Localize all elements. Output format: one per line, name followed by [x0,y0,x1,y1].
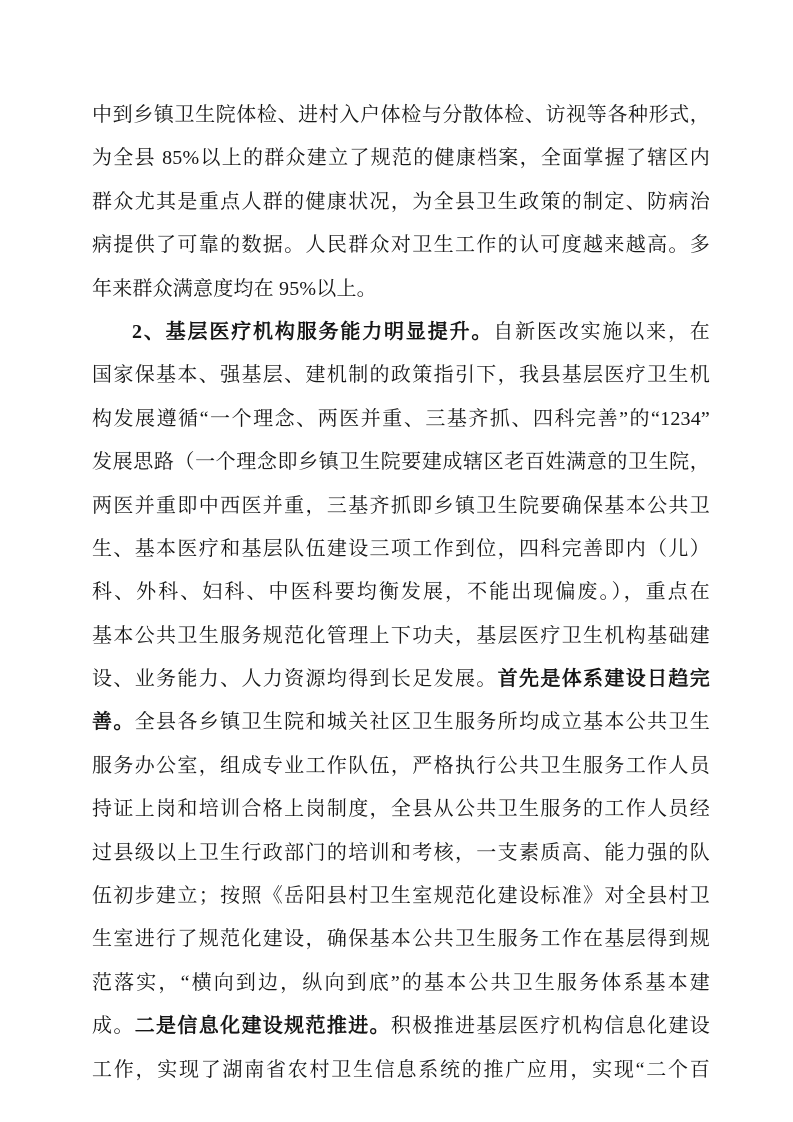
text-line: 伍初步建立；按照《岳阳县村卫生室规范化建设标准》对全县村卫 [92,875,710,918]
text-segment: 生室进行了规范化建设，确保基本公共卫生服务工作在基层得到规 [92,928,710,950]
text-segment: 年来群众满意度均在 95%以上。 [92,278,377,300]
text-segment-bold: 善。 [92,711,135,733]
text-segment-bold: 首先是体系建设日趋完 [498,668,710,690]
text-line: 构发展遵循“一个理念、两医并重、三基齐抓、四科完善”的“1234” [92,398,710,441]
text-line: 2、基层医疗机构服务能力明显提升。自新医改实施以来，在 [92,311,710,354]
text-segment: 国家保基本、强基层、建机制的政策指引下，我县基层医疗卫生机 [92,364,710,386]
text-segment: 两医并重即中西医并重，三基齐抓即乡镇卫生院要确保基本公共卫 [92,495,710,517]
text-line: 生、基本医疗和基层队伍建设三项工作到位，四科完善即内（儿） [92,528,710,571]
text-line: 中到乡镇卫生院体检、进村入户体检与分散体检、访视等各种形式， [92,94,710,137]
text-segment: 科、外科、妇科、中医科要均衡发展，不能出现偏废。），重点在 [92,581,710,603]
text-segment: 为全县 85%以上的群众建立了规范的健康档案，全面掌握了辖区内 [92,147,710,169]
text-segment: 全县各乡镇卫生院和城关社区卫生服务所均成立基本公共卫生 [135,711,710,733]
text-segment: 设、业务能力、人力资源均得到长足发展。 [92,668,498,690]
text-line: 设、业务能力、人力资源均得到长足发展。首先是体系建设日趋完 [92,658,710,701]
text-line: 年来群众满意度均在 95%以上。 [92,268,710,311]
text-line: 善。全县各乡镇卫生院和城关社区卫生服务所均成立基本公共卫生 [92,701,710,744]
text-segment: 基本公共卫生服务规范化管理上下功夫，基层医疗卫生机构基础建 [92,625,710,647]
text-line: 生室进行了规范化建设，确保基本公共卫生服务工作在基层得到规 [92,918,710,961]
text-segment: 构发展遵循“一个理念、两医并重、三基齐抓、四科完善”的“1234” [92,408,710,430]
text-line: 基本公共卫生服务规范化管理上下功夫，基层医疗卫生机构基础建 [92,615,710,658]
text-segment: 中到乡镇卫生院体检、进村入户体检与分散体检、访视等各种形式， [92,104,710,126]
text-segment: 群众尤其是重点人群的健康状况，为全县卫生政策的制定、防病治 [92,191,710,213]
text-segment: 工作，实现了湖南省农村卫生信息系统的推广应用，实现“二个百 [92,1059,710,1081]
text-line: 过县级以上卫生行政部门的培训和考核，一支素质高、能力强的队 [92,832,710,875]
text-line: 服务办公室，组成专业工作队伍，严格执行公共卫生服务工作人员 [92,745,710,788]
text-segment: 生、基本医疗和基层队伍建设三项工作到位，四科完善即内（儿） [92,538,710,560]
text-line: 两医并重即中西医并重，三基齐抓即乡镇卫生院要确保基本公共卫 [92,485,710,528]
text-segment: 积极推进基层医疗机构信息化建设 [391,1015,710,1037]
text-line: 为全县 85%以上的群众建立了规范的健康档案，全面掌握了辖区内 [92,137,710,180]
text-segment: 服务办公室，组成专业工作队伍，严格执行公共卫生服务工作人员 [92,755,710,777]
text-line: 持证上岗和培训合格上岗制度，全县从公共卫生服务的工作人员经 [92,788,710,831]
text-line: 病提供了可靠的数据。人民群众对卫生工作的认可度越来越高。多 [92,224,710,267]
text-segment: 伍初步建立；按照《岳阳县村卫生室规范化建设标准》对全县村卫 [92,885,710,907]
document-page: 中到乡镇卫生院体检、进村入户体检与分散体检、访视等各种形式，为全县 85%以上的… [0,0,793,1122]
text-segment: 过县级以上卫生行政部门的培训和考核，一支素质高、能力强的队 [92,842,710,864]
text-segment: 病提供了可靠的数据。人民群众对卫生工作的认可度越来越高。多 [92,234,710,256]
text-line: 工作，实现了湖南省农村卫生信息系统的推广应用，实现“二个百 [92,1049,710,1092]
text-line: 国家保基本、强基层、建机制的政策指引下，我县基层医疗卫生机 [92,354,710,397]
text-segment-bold: 2、基层医疗机构服务能力明显提升。 [132,321,493,343]
text-line: 群众尤其是重点人群的健康状况，为全县卫生政策的制定、防病治 [92,181,710,224]
text-line: 发展思路（一个理念即乡镇卫生院要建成辖区老百姓满意的卫生院， [92,441,710,484]
text-segment: 发展思路（一个理念即乡镇卫生院要建成辖区老百姓满意的卫生院， [92,451,710,473]
text-segment-bold: 二是信息化建设规范推进。 [135,1015,391,1037]
text-segment: 范落实，“横向到边，纵向到底”的基本公共卫生服务体系基本建 [92,972,710,994]
text-line: 范落实，“横向到边，纵向到底”的基本公共卫生服务体系基本建 [92,962,710,1005]
document-body: 中到乡镇卫生院体检、进村入户体检与分散体检、访视等各种形式，为全县 85%以上的… [92,94,710,1092]
text-segment: 持证上岗和培训合格上岗制度，全县从公共卫生服务的工作人员经 [92,798,710,820]
text-segment: 自新医改实施以来，在 [493,321,710,343]
text-segment: 成。 [92,1015,135,1037]
text-line: 科、外科、妇科、中医科要均衡发展，不能出现偏废。），重点在 [92,571,710,614]
text-line: 成。二是信息化建设规范推进。积极推进基层医疗机构信息化建设 [92,1005,710,1048]
